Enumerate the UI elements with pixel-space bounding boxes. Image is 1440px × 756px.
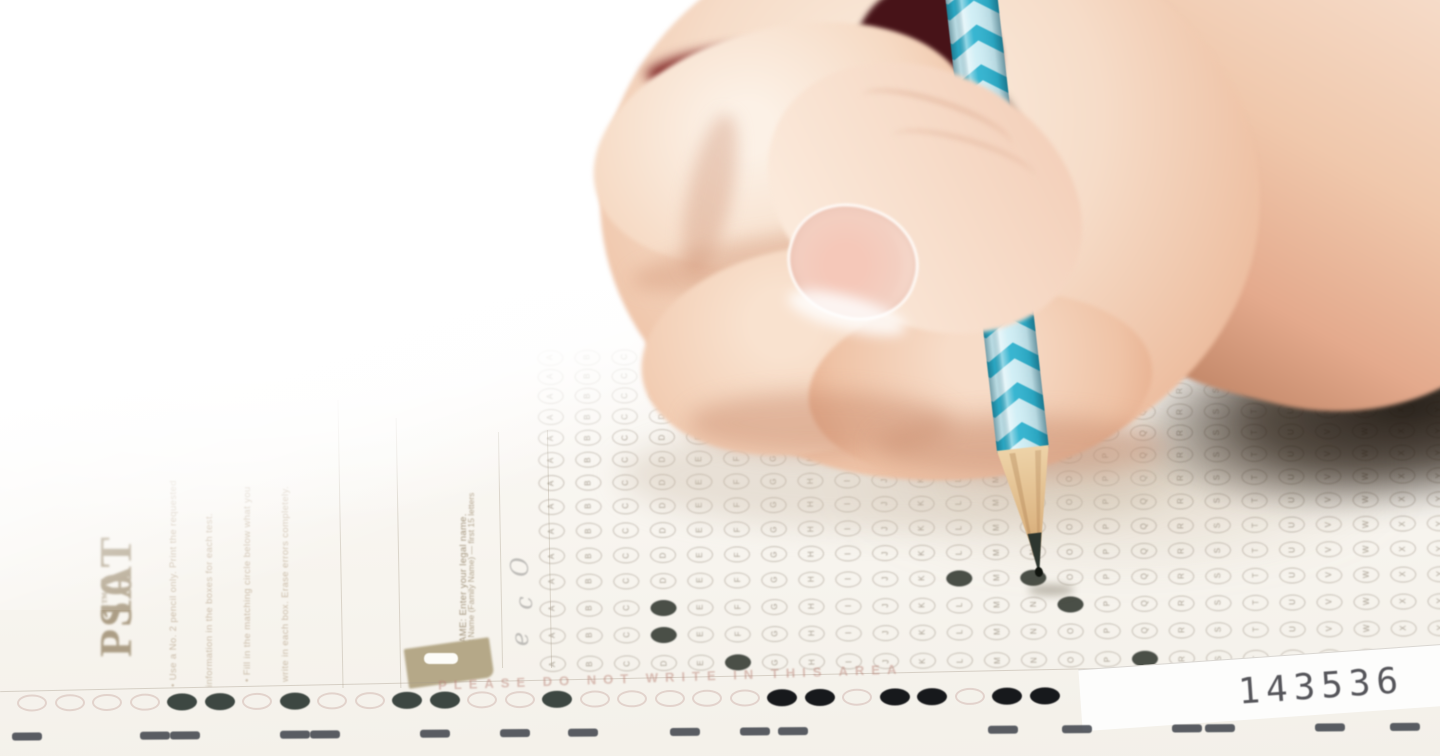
timing-dash (1062, 725, 1092, 733)
timing-dash (1205, 724, 1235, 732)
timing-dash (280, 731, 310, 739)
timing-dash (1390, 723, 1420, 731)
graphite-point (1034, 567, 1043, 578)
timing-dash (500, 729, 530, 737)
timing-dash (568, 729, 598, 737)
timing-dash (170, 731, 200, 739)
timing-dash (420, 730, 450, 738)
timing-dash (140, 732, 170, 740)
timing-dash (778, 727, 808, 735)
timing-dash (12, 732, 42, 740)
photo-psat-answer-sheet: PLACE THE LABEL HERE ··········prioritie… (0, 0, 1440, 756)
timing-dash (310, 730, 340, 738)
timing-dash (1172, 724, 1202, 732)
timing-dash (988, 726, 1018, 734)
timing-dash (670, 728, 700, 736)
timing-dash (740, 727, 770, 735)
pencil-wood-cone (997, 445, 1063, 576)
timing-dash (1315, 723, 1345, 731)
